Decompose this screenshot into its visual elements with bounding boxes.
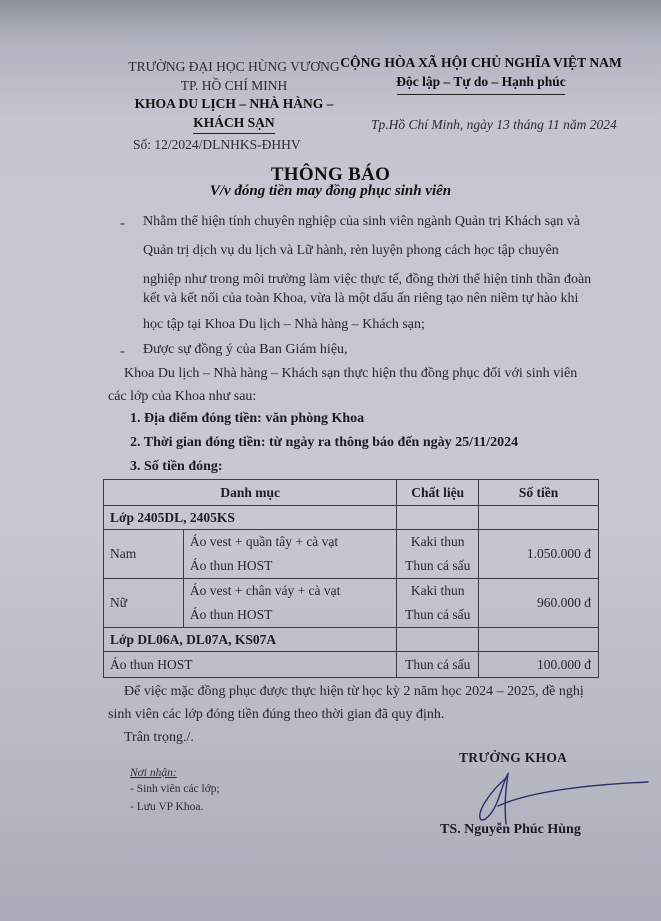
- body-line: các lớp của Khoa như sau:: [108, 389, 256, 405]
- material-cell: Kaki thun Thun cá sấu: [397, 579, 479, 628]
- closing-line: sinh viên các lớp đóng tiền đúng theo th…: [108, 707, 444, 723]
- empty-cell: [479, 628, 599, 652]
- table-row: Nam Áo vest + quần tây + cà vạt Áo thun …: [104, 530, 599, 579]
- payment-deadline: 2. Thời gian đóng tiền: từ ngày ra thông…: [130, 435, 518, 451]
- material-text: Thun cá sấu: [403, 603, 472, 627]
- column-header-category: Danh mục: [104, 480, 397, 506]
- closing-line: Để việc mặc đồng phục được thực hiện từ …: [124, 684, 584, 700]
- table-group-row: Lớp DL06A, DL07A, KS07A: [104, 628, 599, 652]
- department-name-line1: KHOA DU LỊCH – NHÀ HÀNG –: [108, 95, 360, 114]
- body-line: kết và kết nối của toàn Khoa, vừa là một…: [143, 291, 578, 307]
- bullet-dash: -: [120, 344, 125, 360]
- table-group-row: Lớp 2405DL, 2405KS: [104, 506, 599, 530]
- item-text: Áo thun HOST: [190, 603, 390, 627]
- signer-title: TRƯỞNG KHOA: [459, 750, 567, 766]
- amount-cell: 1.050.000 đ: [479, 530, 599, 579]
- amount-cell: 100.000 đ: [479, 652, 599, 678]
- material-text: Kaki thun: [403, 579, 472, 603]
- national-motto: Độc lập – Tự do – Hạnh phúc: [340, 74, 622, 90]
- body-line: Được sự đồng ý của Ban Giám hiệu,: [143, 342, 348, 358]
- material-text: Kaki thun: [403, 530, 472, 554]
- document-subject: V/v đóng tiền may đồng phục sinh viên: [0, 183, 661, 200]
- gender-cell: Nam: [104, 530, 184, 579]
- empty-cell: [397, 506, 479, 530]
- class-group-label: Lớp 2405DL, 2405KS: [104, 506, 397, 530]
- bullet-dash: -: [120, 216, 125, 232]
- amount-cell: 960.000 đ: [479, 579, 599, 628]
- recipients-heading: Nơi nhận:: [130, 767, 177, 779]
- national-heading: CỘNG HÒA XÃ HỘI CHỦ NGHĨA VIỆT NAM Độc l…: [340, 55, 622, 95]
- body-line: Nhằm thể hiện tính chuyên nghiệp của sin…: [143, 214, 580, 230]
- payment-location: 1. Địa điểm đóng tiền: văn phòng Khoa: [130, 411, 364, 427]
- document-number: Số: 12/2024/DLNHKS-ĐHHV: [133, 137, 301, 153]
- university-name: TRƯỜNG ĐẠI HỌC HÙNG VƯƠNG: [108, 58, 360, 77]
- body-line: Khoa Du lịch – Nhà hàng – Khách sạn thực…: [124, 366, 577, 382]
- uniform-fee-table: Danh mục Chất liệu Số tiền Lớp 2405DL, 2…: [103, 479, 599, 678]
- items-cell: Áo vest + chân váy + cà vạt Áo thun HOST: [183, 579, 396, 628]
- body-line: nghiệp như trong môi trường làm việc thự…: [143, 272, 591, 288]
- gender-cell: Nữ: [104, 579, 184, 628]
- signature-icon: [470, 770, 650, 825]
- notice-document: TRƯỜNG ĐẠI HỌC HÙNG VƯƠNG TP. HỒ CHÍ MIN…: [0, 0, 661, 921]
- department-name-line2: KHÁCH SẠN: [193, 114, 274, 135]
- column-header-amount: Số tiền: [479, 480, 599, 506]
- recipient-item: - Lưu VP Khoa.: [130, 801, 203, 813]
- recipient-item: - Sinh viên các lớp;: [130, 783, 220, 795]
- material-cell: Kaki thun Thun cá sấu: [397, 530, 479, 579]
- item-text: Áo vest + chân váy + cà vạt: [190, 579, 390, 603]
- column-header-material: Chất liệu: [397, 480, 479, 506]
- signer-name: TS. Nguyễn Phúc Hùng: [440, 822, 581, 838]
- item-text: Áo thun HOST: [190, 554, 390, 578]
- nation-name: CỘNG HÒA XÃ HỘI CHỦ NGHĨA VIỆT NAM: [340, 55, 622, 71]
- body-line: học tập tại Khoa Du lịch – Nhà hàng – Kh…: [143, 317, 425, 333]
- class-group-label: Lớp DL06A, DL07A, KS07A: [104, 628, 397, 652]
- payment-amount-heading: 3. Số tiền đóng:: [130, 459, 223, 475]
- items-cell: Áo thun HOST: [104, 652, 397, 678]
- material-text: Thun cá sấu: [403, 554, 472, 578]
- material-cell: Thun cá sấu: [397, 652, 479, 678]
- university-city: TP. HỒ CHÍ MINH: [108, 77, 360, 96]
- body-line: Quản trị dịch vụ du lịch và Lữ hành, rèn…: [143, 243, 559, 259]
- motto-underline: [397, 94, 565, 95]
- table-row: Nữ Áo vest + chân váy + cà vạt Áo thun H…: [104, 579, 599, 628]
- items-cell: Áo vest + quần tây + cà vạt Áo thun HOST: [183, 530, 396, 579]
- issuing-organization: TRƯỜNG ĐẠI HỌC HÙNG VƯƠNG TP. HỒ CHÍ MIN…: [108, 58, 360, 134]
- table-row: Áo thun HOST Thun cá sấu 100.000 đ: [104, 652, 599, 678]
- place-and-date: Tp.Hồ Chí Minh, ngày 13 tháng 11 năm 202…: [371, 117, 617, 133]
- regards: Trân trọng./.: [124, 730, 194, 746]
- empty-cell: [397, 628, 479, 652]
- item-text: Áo vest + quần tây + cà vạt: [190, 530, 390, 554]
- table-header-row: Danh mục Chất liệu Số tiền: [104, 480, 599, 506]
- empty-cell: [479, 506, 599, 530]
